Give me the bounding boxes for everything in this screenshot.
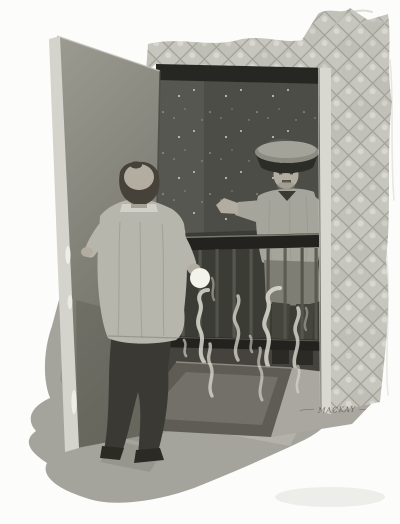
illustration-svg: MACKAY — <box>0 0 400 524</box>
pillbox-cap-top <box>258 141 316 158</box>
man-shoe-left <box>100 446 124 460</box>
outside-figure-jaw-shading <box>277 182 295 191</box>
outside-figure-boot-left <box>272 348 289 364</box>
man-jacket <box>97 199 187 344</box>
hinge-plate-lower <box>71 390 76 414</box>
hinge-plate-middle <box>68 295 73 309</box>
illustration-canvas: MACKAY — <box>0 0 400 524</box>
white-orb <box>190 268 210 288</box>
outside-figure-torso <box>256 189 320 267</box>
outside-figure-boot-right <box>296 350 313 365</box>
hinge-plate-upper <box>65 246 70 264</box>
artist-signature: MACKAY — <box>317 404 367 415</box>
man-right-hand <box>81 247 93 257</box>
outside-figure-breeches <box>264 260 322 306</box>
man-hair-tuft <box>130 161 142 168</box>
faint-smudge <box>275 487 385 507</box>
